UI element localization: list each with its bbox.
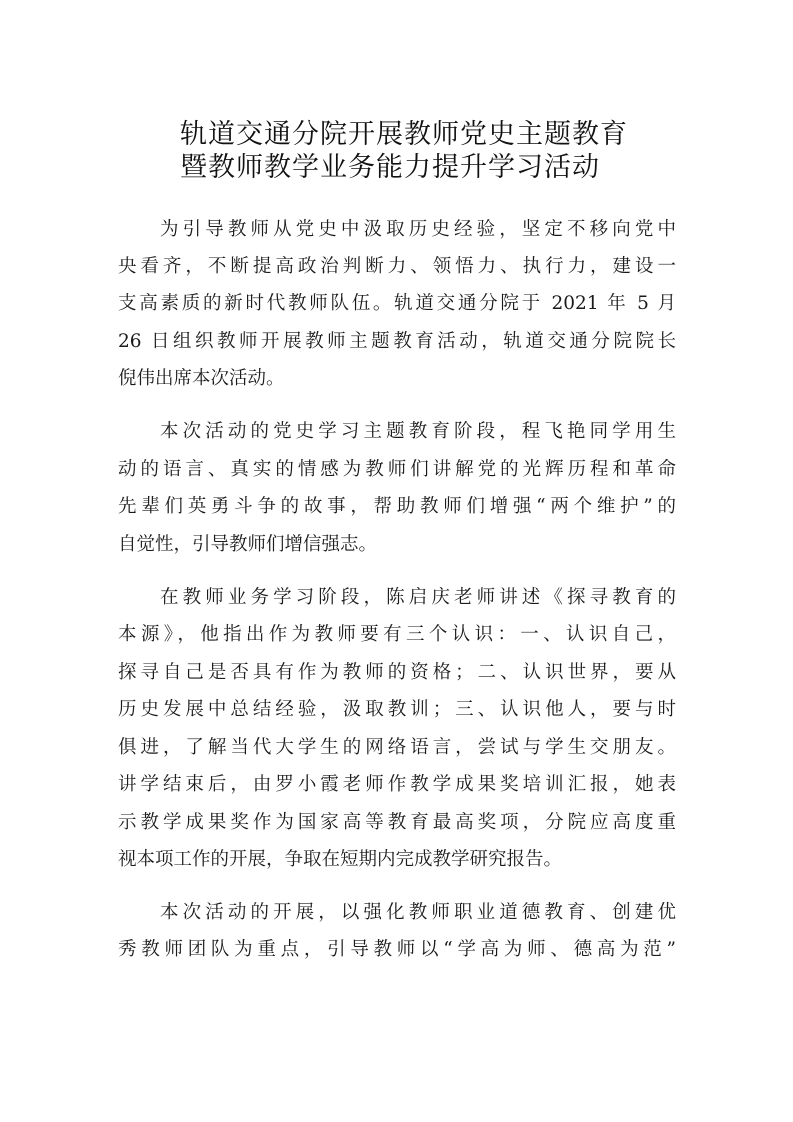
- paragraph-4-line-1: 本次活动的开展，以强化教师职业道德教育、创建优: [160, 901, 676, 925]
- paragraph-2-line-4: 自觉性，引导教师们增信强志。: [118, 533, 377, 557]
- paragraph-3-line-4: 历史发展中总结经验，汲取教训；三、认识他人，要与时: [118, 698, 676, 722]
- paragraph-2-line-1: 本次活动的党史学习主题教育阶段，程飞艳同学用生: [160, 420, 676, 444]
- paragraph-3-line-3: 探寻自己是否具有作为教师的资格；二、认识世界，要从: [118, 661, 676, 685]
- paragraph-4-line-2: 秀教师团队为重点，引导教师以“学高为师、德高为范”: [118, 938, 676, 962]
- paragraph-3-line-1: 在教师业务学习阶段，陈启庆老师讲述《探寻教育的: [160, 586, 676, 610]
- paragraph-3-line-7: 示教学成果奖作为国家高等教育最高奖项，分院应高度重: [118, 811, 676, 835]
- paragraph-3-line-8: 视本项工作的开展，争取在短期内完成教学研究报告。: [118, 848, 562, 872]
- paragraph-1-line-2: 央看齐，不断提高政治判断力、领悟力、执行力，建设一: [118, 255, 676, 279]
- paragraph-2-line-3: 先辈们英勇斗争的故事，帮助教师们增强“两个维护”的: [118, 495, 676, 519]
- paragraph-1-line-4: 26 日组织教师开展教师主题教育活动，轨道交通分院院长: [118, 330, 676, 354]
- paragraph-1-line-1: 为引导教师从党史中汲取历史经验，坚定不移向党中: [160, 218, 676, 242]
- document-title-line-2: 暨教师教学业务能力提升学习活动: [180, 145, 793, 184]
- paragraph-2-line-2: 动的语言、真实的情感为教师们讲解党的光辉历程和革命: [118, 458, 676, 482]
- paragraph-3-line-6: 讲学结束后，由罗小霞老师作教学成果奖培训汇报，她表: [118, 773, 676, 797]
- paragraph-1-line-5: 倪伟出席本次活动。: [118, 367, 285, 391]
- paragraph-3-line-2: 本源》，他指出作为教师要有三个认识：一、认识自己，: [118, 623, 676, 647]
- document-page: 轨道交通分院开展教师党史主题教育 暨教师教学业务能力提升学习活动 为引导教师从党…: [0, 0, 793, 1122]
- paragraph-1-line-3: 支高素质的新时代教师队伍。轨道交通分院于 2021 年 5 月: [118, 292, 676, 316]
- paragraph-3-line-5: 俱进，了解当代大学生的网络语言，尝试与学生交朋友。: [118, 736, 676, 760]
